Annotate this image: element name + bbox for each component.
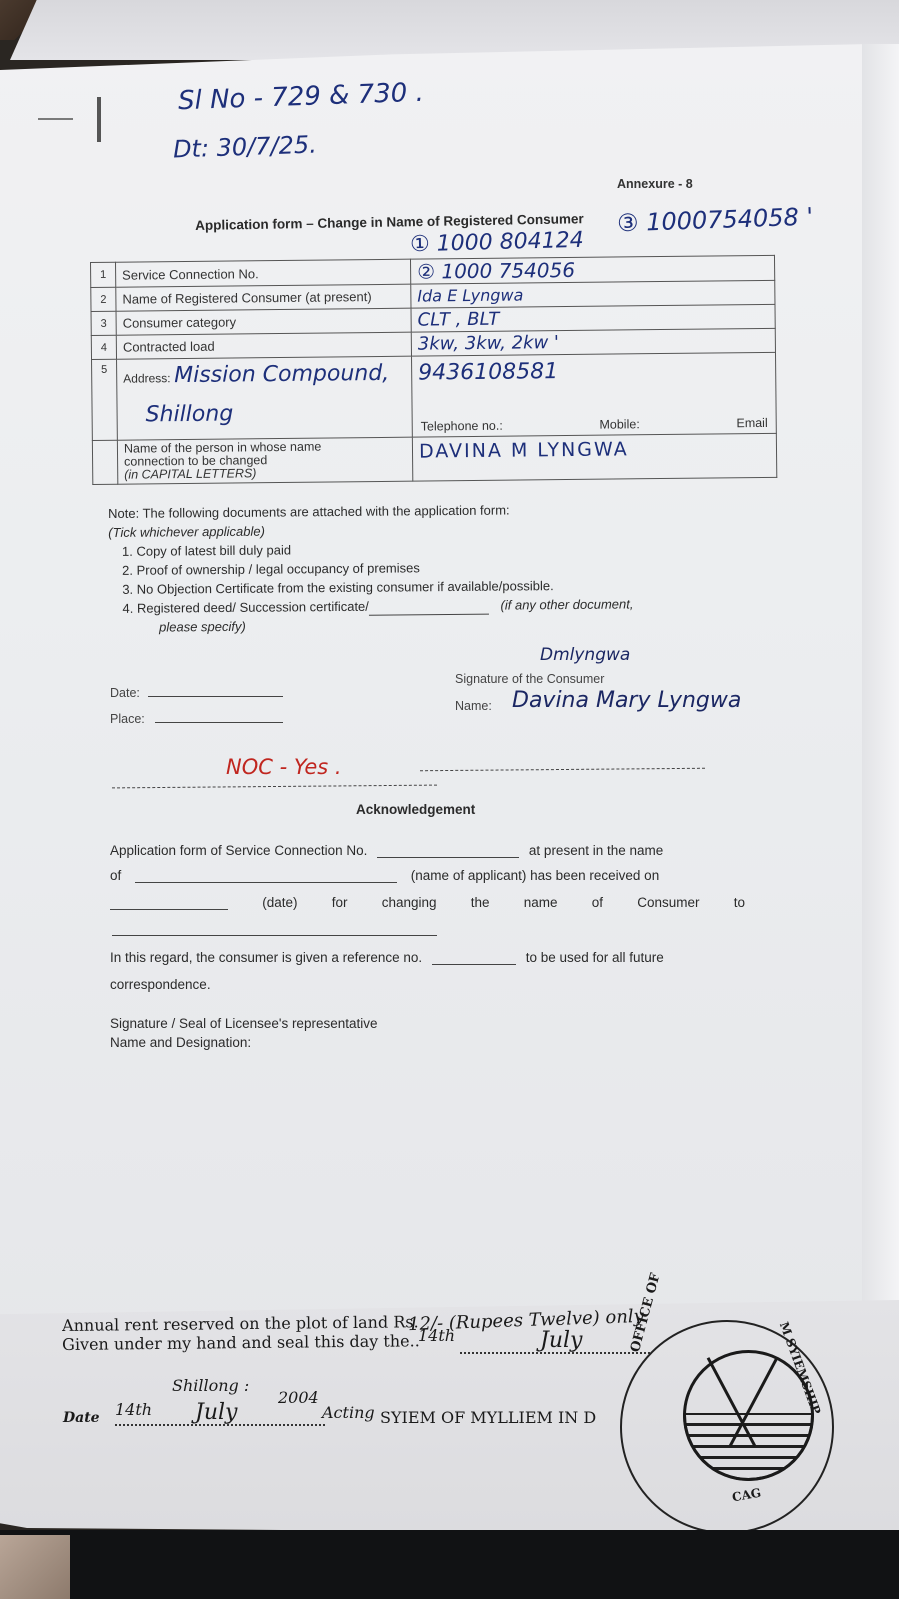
staple-mark	[97, 97, 101, 142]
ack-line: of (name of applicant) has been received…	[110, 868, 750, 883]
place-text: Shillong :	[172, 1376, 249, 1395]
document-suffix: (if any other document,	[500, 596, 633, 612]
date-annotation: Dt: 30/7/25.	[173, 130, 318, 163]
ack-line: correspondence.	[110, 977, 750, 992]
contact-cell[interactable]: 9436108581 Telephone no.: Mobile: Email	[412, 352, 777, 437]
signature-label: Signature of the Consumer	[455, 672, 604, 686]
ack-text: the	[471, 895, 490, 910]
ack-text: for	[332, 895, 348, 910]
acknowledgement-title: Acknowledgement	[356, 802, 475, 817]
ack-text: changing	[382, 895, 437, 910]
reference-number-field[interactable]	[432, 964, 516, 965]
row-label: Contracted load	[116, 332, 411, 359]
service-connection-field[interactable]	[377, 857, 519, 858]
mobile-label: Mobile:	[599, 417, 639, 431]
new-name-cell[interactable]: DAVINA M LYNGWA	[412, 433, 776, 481]
row-number: 1	[91, 262, 116, 287]
date-label: Date:	[110, 686, 140, 700]
ack-line: (date) for changing the name of Consumer…	[110, 895, 745, 910]
lower-date-month: July	[195, 1400, 237, 1425]
service-connection-value: ② 1000 754056	[417, 258, 575, 284]
ack-text: of	[592, 895, 603, 910]
connection-number-1: ① 1000 804124	[410, 228, 584, 258]
registered-consumer-value: Ida E Lyngwa	[417, 285, 523, 305]
page-edge	[862, 44, 899, 1314]
lower-date-year: 2004	[278, 1388, 319, 1407]
row-value-cell[interactable]: ② 1000 754056	[410, 255, 774, 284]
row-number	[92, 440, 117, 484]
table-row: 5 Address: Mission Compound, Shillong 94…	[92, 352, 777, 440]
documents-note: Note: The following documents are attach…	[108, 499, 634, 637]
ack-text: (date)	[262, 895, 297, 910]
applicant-name-field[interactable]	[135, 882, 397, 883]
document-item-label: No Objection Certificate from the existi…	[137, 578, 554, 597]
address-line-2: Shillong	[145, 402, 233, 428]
ack-text: to be used for all future	[526, 950, 664, 965]
given-month: July	[540, 1328, 582, 1353]
consumer-name-value: Davina Mary Lyngwa	[512, 688, 741, 713]
ack-text: Consumer	[637, 895, 699, 910]
given-day: 14th	[418, 1326, 455, 1345]
ack-line: Application form of Service Connection N…	[110, 843, 750, 858]
received-date-field[interactable]	[110, 895, 228, 910]
ack-text: at present in the name	[529, 843, 663, 858]
mobile-number-value: 9436108581	[418, 359, 558, 385]
row-number: 4	[91, 335, 116, 359]
document-item-label: Registered deed/ Succession certificate/	[137, 599, 369, 616]
office-title: SYIEM OF MYLLIEM IN D	[380, 1408, 596, 1427]
ack-text: of	[110, 868, 121, 883]
name-label: Name:	[455, 699, 492, 713]
date-field[interactable]	[148, 684, 283, 697]
row-number: 2	[91, 287, 116, 311]
ack-text: (name of applicant) has been received on	[411, 868, 659, 883]
new-name-label: Name of the person in whose name connect…	[117, 437, 412, 484]
document-item-label: Proof of ownership / legal occupancy of …	[137, 560, 420, 577]
contracted-load-value: 3kw, 3kw, 2kw '	[418, 332, 559, 354]
background-object	[0, 1535, 70, 1599]
ack-text: Application form of Service Connection N…	[110, 843, 367, 858]
address-label: Address:	[123, 371, 171, 385]
annexure-label: Annexure - 8	[617, 177, 693, 191]
address-line-1: Mission Compound,	[174, 361, 389, 388]
ack-text: to	[734, 895, 745, 910]
ack-text: In this regard, the consumer is given a …	[110, 950, 422, 965]
label-line: (in CAPITAL LETTERS)	[124, 466, 406, 482]
dotted-line	[115, 1424, 325, 1426]
email-label: Email	[736, 416, 767, 430]
acting-signature: Acting	[322, 1403, 375, 1422]
place-label: Place:	[110, 712, 145, 726]
row-label: Service Connection No.	[116, 259, 411, 287]
consumer-details-table: 1 Service Connection No. ② 1000 754056 2…	[90, 255, 777, 485]
consumer-signature: Dmlyngwa	[540, 645, 630, 665]
row-number: 5	[92, 359, 118, 440]
background-floor	[0, 1530, 899, 1599]
document-item-label: Copy of latest bill duly paid	[136, 542, 291, 558]
new-consumer-field[interactable]	[112, 925, 437, 936]
row-label: Consumer category	[116, 308, 411, 335]
address-cell[interactable]: Address: Mission Compound, Shillong	[117, 356, 413, 440]
consumer-category-value: CLT , BLT	[418, 309, 500, 331]
lower-date-label: Date	[63, 1410, 100, 1426]
telephone-label: Telephone no.:	[421, 419, 503, 434]
table-row: Name of the person in whose name connect…	[92, 433, 776, 484]
licensee-signature-label: Signature / Seal of Licensee's represent…	[110, 1016, 750, 1031]
ack-text: name	[524, 895, 558, 910]
given-line: Given under my hand and seal this day th…	[62, 1331, 420, 1354]
noc-note: NOC - Yes .	[226, 755, 342, 779]
staple-mark	[38, 118, 73, 120]
lower-date-day: 14th	[115, 1400, 152, 1419]
name-designation-label: Name and Designation:	[110, 1035, 750, 1050]
new-name-value: DAVINA M LYNGWA	[419, 438, 629, 462]
row-number: 3	[91, 311, 116, 335]
place-field[interactable]	[155, 710, 283, 723]
row-label: Name of Registered Consumer (at present)	[116, 284, 411, 311]
ack-line: In this regard, the consumer is given a …	[110, 950, 750, 965]
